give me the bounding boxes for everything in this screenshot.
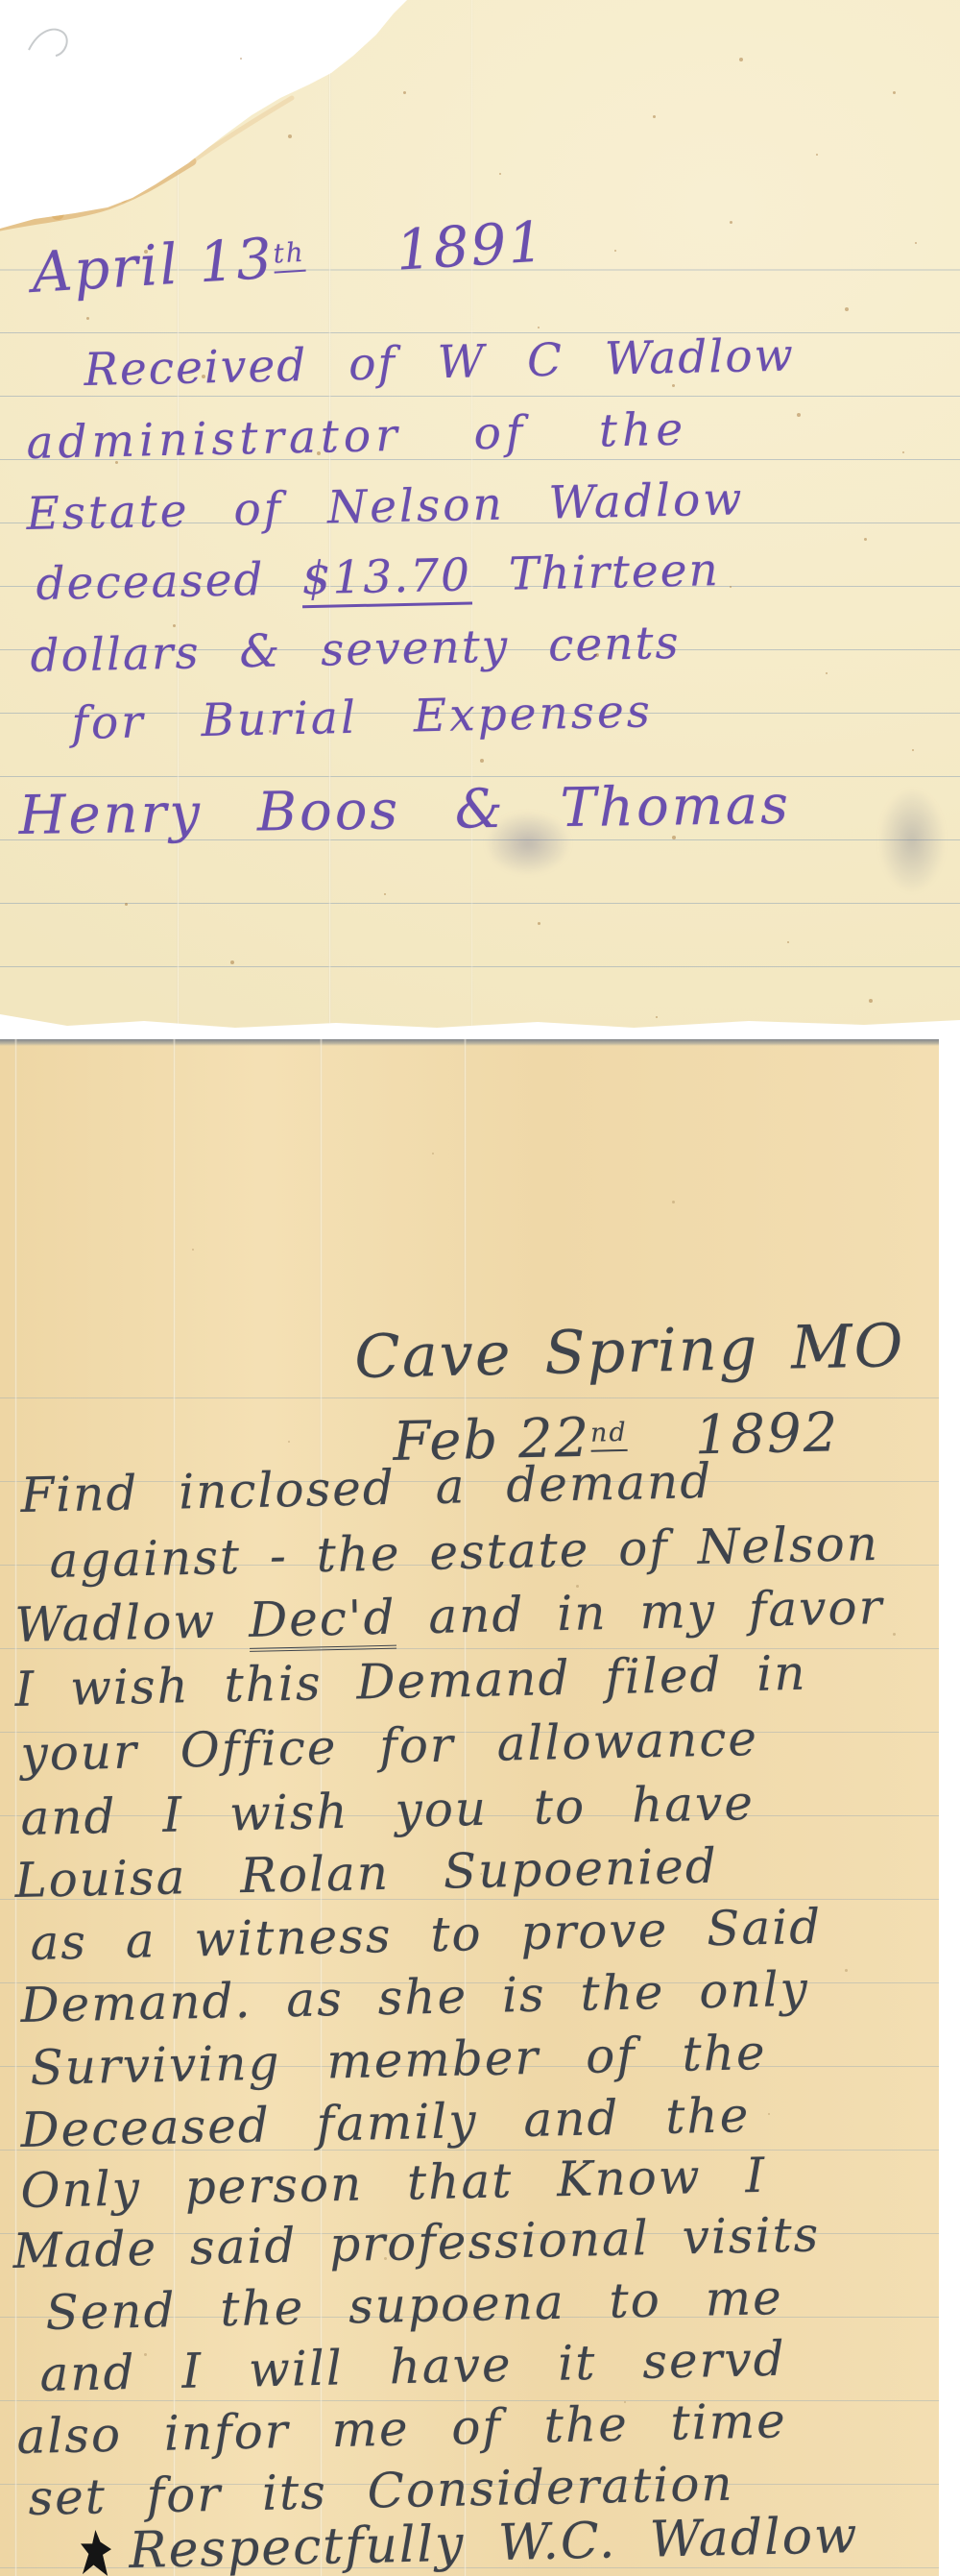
letter-line-witness: as a witness to prove Said [30, 1903, 823, 1967]
receipt-paper: April 13th1891 Received of W C Wadlow ad… [0, 0, 960, 1032]
letter-paper: Cave Spring MO Feb 22nd1892 Find inclose… [0, 1039, 939, 2576]
decd-abbr: Dec'd [248, 1590, 396, 1652]
receipt-signature: Henry Boos & Thomas [18, 779, 791, 843]
letter-line-against: against - the estate of Nelson [49, 1519, 879, 1585]
letter-line-louisa: Louisa Rolan Supoenied [14, 1842, 718, 1905]
receipt-line-amount: deceased $13.70 Thirteen [36, 547, 720, 607]
ink-blot [81, 2530, 111, 2576]
amount-word-thirteen: Thirteen [508, 544, 720, 601]
letter-closing-line: Respectfully W.C. Wadlow [129, 2511, 859, 2576]
letter-date-year: 1892 [694, 1401, 840, 1467]
letter-line-only-person: Only person that Know I [20, 2151, 767, 2215]
receipt-line-dollars: dollars & seventy cents [30, 620, 681, 679]
receipt-date-year: 1891 [395, 208, 547, 282]
letter-line-deceased: Deceased family and the [20, 2091, 751, 2154]
letter-line-demand-only: Demand. as she is the only [20, 1965, 809, 2029]
receipt-date-line: April 13th1891 [30, 213, 546, 301]
letter-line-served: and I will have it servd [39, 2335, 786, 2398]
amount-value: $13.70 [301, 549, 472, 609]
amount-word-deceased: deceased [36, 553, 265, 611]
letter-line-surviving: Surviving member of the [30, 2029, 767, 2092]
pencil-mark [21, 12, 88, 79]
letter-line-made-visits: Made said professional visits [12, 2210, 821, 2275]
letter-line-wish-filed: I wish this Demand filed in [14, 1649, 807, 1713]
ink-smudge [878, 788, 946, 893]
letter-place-line: Cave Spring MO [354, 1316, 905, 1387]
receipt-date-monthday: April 13 [30, 226, 276, 305]
closing-signature: W.C. Wadlow [497, 2507, 859, 2572]
spacer [306, 270, 397, 276]
receipt-line-estate: Estate of Nelson Wadlow [26, 476, 745, 537]
receipt-date-ordinal: th [273, 235, 306, 273]
letter-line-send: Send the supoena to me [45, 2273, 783, 2337]
scanned-documents: April 13th1891 Received of W C Wadlow ad… [0, 0, 960, 2576]
decd-rest: and in my favor [428, 1579, 884, 1644]
letter-line-office: your Office for allowance [20, 1714, 758, 1778]
closing-word: Respectfully [129, 2515, 466, 2576]
receipt-line-received: Received of W C Wadlow [84, 333, 795, 393]
speck [240, 58, 242, 60]
letter-line-find: Find inclosed a demand [20, 1457, 713, 1519]
letter-line-decd: Wadlow Dec'd and in my favor [14, 1583, 884, 1649]
receipt-line-administrator: administrator of the [26, 407, 688, 466]
letter-line-wish-have: and I wish you to have [20, 1779, 755, 1842]
decd-name: Wadlow [14, 1593, 217, 1653]
receipt-line-purpose: for Burial Expenses [71, 689, 653, 746]
letter-line-inform: also infor me of the time [16, 2396, 787, 2461]
letter-date-ordinal: nd [590, 1418, 628, 1452]
letter-fold-crease [14, 1039, 17, 2576]
